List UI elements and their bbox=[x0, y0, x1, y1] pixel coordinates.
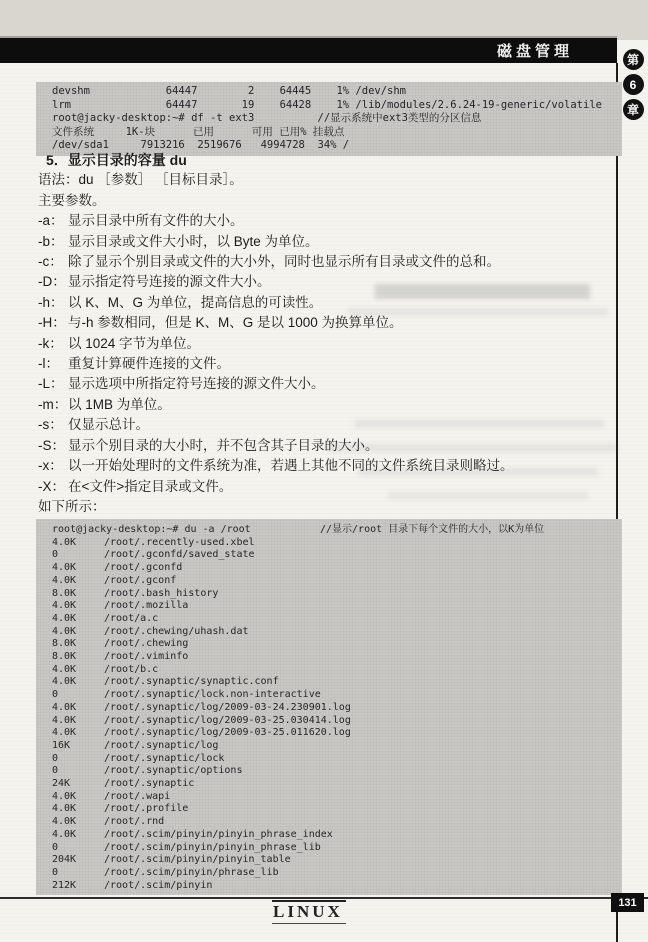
file-size: 4.0K bbox=[52, 803, 104, 816]
param-description: 显示目录或文件大小时，以 Byte 为单位。 bbox=[68, 234, 319, 249]
file-size: 0 bbox=[52, 867, 104, 880]
param-flag: -s： bbox=[38, 415, 68, 435]
param-flag: -x： bbox=[38, 456, 68, 476]
du-output-row: 204K/root/.scim/pinyin/pinyin_table bbox=[52, 854, 622, 867]
param-description: 在<文件>指定目录或文件。 bbox=[68, 479, 232, 494]
file-path: /root/.scim/pinyin/pinyin_table bbox=[104, 854, 622, 867]
file-path: /root/.scim/pinyin/pinyin_phrase_index bbox=[104, 829, 622, 842]
param-description: 以一开始处理时的文件系统为准，若遇上其他不同的文件系统目录则略过。 bbox=[68, 458, 514, 473]
param-line: -x：以一开始处理时的文件系统为准，若遇上其他不同的文件系统目录则略过。 bbox=[38, 456, 583, 476]
du-output-row: 8.0K/root/.viminfo bbox=[52, 651, 622, 664]
du-output-row: 8.0K/root/.bash_history bbox=[52, 588, 622, 601]
param-description: 与-h 参数相同，但是 K、M、G 是以 1000 为换算单位。 bbox=[68, 315, 403, 330]
du-output-row: 24K/root/.synaptic bbox=[52, 778, 622, 791]
param-line: -D：显示指定符号连接的源文件大小。 bbox=[38, 272, 583, 292]
file-size: 16K bbox=[52, 740, 104, 753]
du-output-row: 4.0K/root/.wapi bbox=[52, 791, 622, 804]
file-path: /root/.synaptic/synaptic.conf bbox=[104, 676, 622, 689]
file-size: 0 bbox=[52, 689, 104, 702]
terminal-line: devshm 64447 2 64445 1% /dev/shm bbox=[52, 85, 622, 99]
chapter-char-badge: 6 bbox=[623, 74, 644, 95]
du-output-row: 4.0K/root/b.c bbox=[52, 664, 622, 677]
section-title: 磁盘管理 bbox=[497, 40, 617, 61]
inline-comment: //显示/root 目录下每个文件的大小，以K为单位 bbox=[320, 524, 544, 537]
shell-prompt-command: root@jacky-desktop:~# du -a /root bbox=[52, 524, 251, 535]
file-size: 4.0K bbox=[52, 816, 104, 829]
file-size: 4.0K bbox=[52, 575, 104, 588]
file-size: 212K bbox=[52, 880, 104, 893]
param-description: 重复计算硬件连接的文件。 bbox=[68, 356, 230, 371]
file-size: 4.0K bbox=[52, 829, 104, 842]
file-path: /root/.synaptic/log/2009-03-24.230901.lo… bbox=[104, 702, 622, 715]
file-path: /root/.synaptic/lock.non-interactive bbox=[104, 689, 622, 702]
page-number: 131 bbox=[611, 893, 644, 912]
file-path: /root/.synaptic/log/2009-03-25.030414.lo… bbox=[104, 715, 622, 728]
param-description: 仅显示总计。 bbox=[68, 417, 149, 432]
param-line: -H：与-h 参数相同，但是 K、M、G 是以 1000 为换算单位。 bbox=[38, 313, 583, 333]
file-size: 0 bbox=[52, 842, 104, 855]
param-line: -h：以 K、M、G 为单位，提高信息的可读性。 bbox=[38, 293, 583, 313]
du-output-row: 0/root/.gconfd/saved_state bbox=[52, 549, 622, 562]
section-heading: 5．显示目录的容量 du bbox=[38, 150, 583, 170]
file-size: 0 bbox=[52, 765, 104, 778]
du-output-row: 4.0K/root/.gconf bbox=[52, 575, 622, 588]
param-line: -m：以 1MB 为单位。 bbox=[38, 395, 583, 415]
du-output-row: 4.0K/root/.synaptic/log/2009-03-25.03041… bbox=[52, 715, 622, 728]
syntax-line: 语法：du ［参数］ ［目标目录］。 bbox=[38, 170, 583, 190]
file-size: 4.0K bbox=[52, 727, 104, 740]
du-output-row: 0/root/.scim/pinyin/phrase_lib bbox=[52, 867, 622, 880]
param-flag: -l： bbox=[38, 354, 68, 374]
file-size: 4.0K bbox=[52, 626, 104, 639]
example-label: 如下所示： bbox=[38, 497, 583, 517]
du-output-row: 4.0K/root/.scim/pinyin/pinyin_phrase_ind… bbox=[52, 829, 622, 842]
file-path: /root/.synaptic/log/2009-03-25.011620.lo… bbox=[104, 727, 622, 740]
param-line: -k：以 1024 字节为单位。 bbox=[38, 334, 583, 354]
linux-logo: LINUX bbox=[272, 900, 346, 924]
du-output-row: 4.0K/root/.synaptic/synaptic.conf bbox=[52, 676, 622, 689]
params-label: 主要参数。 bbox=[38, 191, 583, 211]
file-size: 8.0K bbox=[52, 651, 104, 664]
file-size: 8.0K bbox=[52, 638, 104, 651]
file-path: /root/.gconfd/saved_state bbox=[104, 549, 622, 562]
du-output-rows: 4.0K/root/.recently-used.xbel 0/root/.gc… bbox=[52, 537, 622, 893]
file-path: /root/b.c bbox=[104, 664, 622, 677]
param-list: -a：显示目录中所有文件的大小。 -b：显示目录或文件大小时，以 Byte 为单… bbox=[38, 211, 583, 497]
file-size: 4.0K bbox=[52, 562, 104, 575]
file-size: 4.0K bbox=[52, 664, 104, 677]
file-path: /root/.synaptic/lock bbox=[104, 753, 622, 766]
du-section-text: 5．显示目录的容量 du 语法：du ［参数］ ［目标目录］。 主要参数。 -a… bbox=[38, 150, 583, 517]
chapter-tab: 第 6 章 bbox=[620, 47, 646, 122]
param-description: 显示选项中所指定符号连接的源文件大小。 bbox=[68, 376, 325, 391]
param-flag: -h： bbox=[38, 293, 68, 313]
file-path: /root/.chewing bbox=[104, 638, 622, 651]
param-line: -S：显示个别目录的大小时，并不包含其子目录的大小。 bbox=[38, 436, 583, 456]
file-path: /root/.gconf bbox=[104, 575, 622, 588]
file-path: /root/.chewing/uhash.dat bbox=[104, 626, 622, 639]
file-size: 4.0K bbox=[52, 600, 104, 613]
du-output-row: 4.0K/root/.chewing/uhash.dat bbox=[52, 626, 622, 639]
du-output-row: 4.0K/root/.gconfd bbox=[52, 562, 622, 575]
terminal-output-du: root@jacky-desktop:~# du -a /root//显示/ro… bbox=[36, 519, 622, 895]
chapter-char-badge: 第 bbox=[623, 49, 644, 70]
file-path: /root/.synaptic/options bbox=[104, 765, 622, 778]
param-description: 以 1024 字节为单位。 bbox=[68, 336, 200, 351]
du-output-row: 4.0K/root/.rnd bbox=[52, 816, 622, 829]
du-output-row: 8.0K/root/.chewing bbox=[52, 638, 622, 651]
terminal-command-line: root@jacky-desktop:~# du -a /root//显示/ro… bbox=[52, 524, 622, 537]
param-flag: -D： bbox=[38, 272, 68, 292]
file-path: /root/.scim/pinyin/pinyin_phrase_lib bbox=[104, 842, 622, 855]
param-flag: -b： bbox=[38, 232, 68, 252]
du-output-row: 4.0K/root/.synaptic/log/2009-03-24.23090… bbox=[52, 702, 622, 715]
file-path: /root/.synaptic bbox=[104, 778, 622, 791]
param-line: -b：显示目录或文件大小时，以 Byte 为单位。 bbox=[38, 232, 583, 252]
terminal-line: root@jacky-desktop:~# df -t ext3 //显示系统中… bbox=[52, 112, 622, 126]
file-size: 204K bbox=[52, 854, 104, 867]
file-path: /root/.scim/pinyin/phrase_lib bbox=[104, 867, 622, 880]
chapter-header-bar: 磁盘管理 bbox=[0, 38, 617, 63]
param-description: 以 1MB 为单位。 bbox=[68, 397, 171, 412]
file-path: /root/.profile bbox=[104, 803, 622, 816]
param-flag: -H： bbox=[38, 313, 68, 333]
param-line: -c：除了显示个别目录或文件的大小外，同时也显示所有目录或文件的总和。 bbox=[38, 252, 583, 272]
footer-rule bbox=[0, 897, 648, 899]
file-path: /root/.rnd bbox=[104, 816, 622, 829]
param-description: 显示目录中所有文件的大小。 bbox=[68, 213, 244, 228]
du-output-row: 16K/root/.synaptic/log bbox=[52, 740, 622, 753]
file-path: /root/.viminfo bbox=[104, 651, 622, 664]
du-output-row: 4.0K/root/.synaptic/log/2009-03-25.01162… bbox=[52, 727, 622, 740]
param-line: -X：在<文件>指定目录或文件。 bbox=[38, 477, 583, 497]
file-size: 4.0K bbox=[52, 791, 104, 804]
param-flag: -a： bbox=[38, 211, 68, 231]
param-flag: -S： bbox=[38, 436, 68, 456]
du-output-row: 4.0K/root/.mozilla bbox=[52, 600, 622, 613]
du-output-row: 4.0K/root/.recently-used.xbel bbox=[52, 537, 622, 550]
file-path: /root/.gconfd bbox=[104, 562, 622, 575]
param-description: 以 K、M、G 为单位，提高信息的可读性。 bbox=[68, 295, 322, 310]
param-flag: -m： bbox=[38, 395, 68, 415]
du-output-row: 0/root/.synaptic/options bbox=[52, 765, 622, 778]
file-size: 8.0K bbox=[52, 588, 104, 601]
file-size: 0 bbox=[52, 549, 104, 562]
file-size: 24K bbox=[52, 778, 104, 791]
param-description: 除了显示个别目录或文件的大小外，同时也显示所有目录或文件的总和。 bbox=[68, 254, 500, 269]
du-output-row: 0/root/.scim/pinyin/pinyin_phrase_lib bbox=[52, 842, 622, 855]
param-flag: -k： bbox=[38, 334, 68, 354]
du-output-row: 212K/root/.scim/pinyin bbox=[52, 880, 622, 893]
du-output-row: 0/root/.synaptic/lock.non-interactive bbox=[52, 689, 622, 702]
param-description: 显示个别目录的大小时，并不包含其子目录的大小。 bbox=[68, 438, 379, 453]
du-output-row: 4.0K/root/.profile bbox=[52, 803, 622, 816]
terminal-line: 文件系统 1K-块 已用 可用 已用% 挂载点 bbox=[52, 126, 622, 140]
file-size: 4.0K bbox=[52, 537, 104, 550]
file-size: 4.0K bbox=[52, 702, 104, 715]
file-size: 4.0K bbox=[52, 676, 104, 689]
param-line: -l：重复计算硬件连接的文件。 bbox=[38, 354, 583, 374]
file-path: /root/.mozilla bbox=[104, 600, 622, 613]
file-path: /root/a.c bbox=[104, 613, 622, 626]
param-description: 显示指定符号连接的源文件大小。 bbox=[68, 274, 271, 289]
param-line: -a：显示目录中所有文件的大小。 bbox=[38, 211, 583, 231]
param-line: -L：显示选项中所指定符号连接的源文件大小。 bbox=[38, 374, 583, 394]
param-flag: -X： bbox=[38, 477, 68, 497]
file-path: /root/.recently-used.xbel bbox=[104, 537, 622, 550]
terminal-output-df: devshm 64447 2 64445 1% /dev/shm lrm 644… bbox=[36, 82, 622, 156]
file-path: /root/.scim/pinyin bbox=[104, 880, 622, 893]
param-line: -s：仅显示总计。 bbox=[38, 415, 583, 435]
param-flag: -c： bbox=[38, 252, 68, 272]
terminal-line: lrm 64447 19 64428 1% /lib/modules/2.6.2… bbox=[52, 99, 622, 113]
param-flag: -L： bbox=[38, 374, 68, 394]
du-output-row: 0/root/.synaptic/lock bbox=[52, 753, 622, 766]
file-size: 4.0K bbox=[52, 715, 104, 728]
file-size: 4.0K bbox=[52, 613, 104, 626]
file-path: /root/.wapi bbox=[104, 791, 622, 804]
file-path: /root/.bash_history bbox=[104, 588, 622, 601]
file-size: 0 bbox=[52, 753, 104, 766]
chapter-char-badge: 章 bbox=[623, 99, 644, 120]
file-path: /root/.synaptic/log bbox=[104, 740, 622, 753]
du-output-row: 4.0K/root/a.c bbox=[52, 613, 622, 626]
